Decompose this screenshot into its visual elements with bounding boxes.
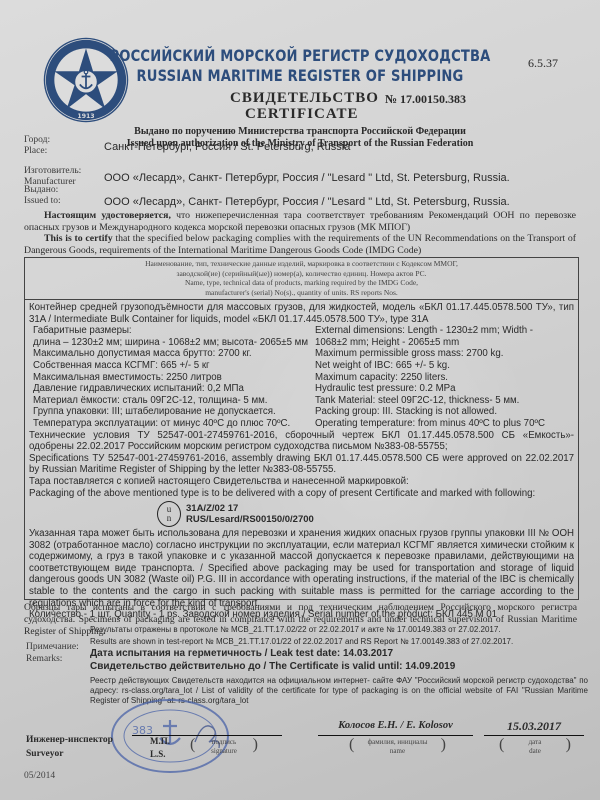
marking-code: 31A/Z/02 17 — [186, 503, 314, 514]
valid-until: Свидетельство действительно до / The Cer… — [90, 661, 585, 672]
remarks-label: Примечание:Remarks: — [26, 641, 79, 665]
spec-table: Габаритные размеры:External dimensions: … — [29, 325, 574, 429]
place-label-ru: Город: — [24, 135, 50, 145]
certify-lead-ru: Настоящим удостоверяется, — [44, 210, 171, 221]
spec-en: Maximum permissible gross mass: 2700 kg. — [315, 348, 574, 360]
place-value: Санкт-Петербург, Россия / St. Petersburg… — [104, 141, 350, 153]
marking-registration: RUS/Lesard/RS00150/0/2700 — [186, 514, 314, 525]
form-code: 6.5.37 — [528, 56, 558, 71]
svg-text:1913: 1913 — [77, 113, 94, 120]
packaging-marking: un 31A/Z/02 17RUS/Lesard/RS00150/0/2700 — [157, 500, 574, 528]
surveyor-name: Колосов Е.Н. / E. Kolosov — [318, 720, 473, 731]
spec-ru: Температура эксплуатации: от минус 40ºC … — [29, 418, 315, 430]
delivery-note-en: Packaging of the above mentioned type is… — [29, 488, 574, 500]
spec-en: Net weight of IBC: 665 +/- 5 kg. — [315, 360, 574, 372]
spec-en: External dimensions: Length - 1230±2 mm;… — [315, 325, 574, 337]
certificate-title-en: CERTIFICATE — [245, 106, 359, 123]
certify-statement-ru: Настоящим удостоверяется, что нижеперечи… — [24, 210, 576, 234]
product-box-header: Наименование, тип, технические данные из… — [25, 258, 578, 300]
spec-en: Tank Material: steel 09Г2С-12, thickness… — [315, 395, 574, 407]
signature-line — [132, 735, 282, 736]
delivery-note-ru: Тара поставляется с копией настоящего Св… — [29, 476, 574, 488]
box-header-line: Name, type, technical data of products, … — [25, 278, 578, 288]
spec-en: Operating temperature: from minus 40ºC t… — [315, 418, 574, 430]
surveyor-role: Инженер-инспекторSurveyor — [26, 733, 113, 761]
spec-row: Собственная масса КСГМГ: 665 +/- 5 кгNet… — [29, 360, 574, 372]
place-label-en: Place: — [24, 146, 47, 156]
certificate-number: № 17.00150.383 — [385, 92, 466, 107]
test-results-en: Results are shown in test-report № MCB_2… — [90, 637, 585, 646]
org-name-en: RUSSIAN MARITIME REGISTER OF SHIPPING — [54, 66, 546, 85]
issued-to-label-en: Issued to: — [24, 196, 61, 206]
date-caption: (датаdate) — [505, 738, 565, 756]
org-name-ru: РОССИЙСКИЙ МОРСКОЙ РЕГИСТР СУДОХОДСТВА — [54, 46, 546, 65]
certify-statement-en: This is to certify that the specified be… — [24, 233, 576, 257]
certify-lead-en: This is to certify — [44, 233, 113, 244]
manufacturer-value: ООО «Лесард», Санкт- Петербург, Россия /… — [104, 172, 510, 184]
product-details-box: Наименование, тип, технические данные из… — [24, 257, 579, 600]
spec-en: 1068±2 mm; Height - 2065±5 mm — [315, 337, 574, 349]
spec-row: Габаритные размеры:External dimensions: … — [29, 325, 574, 337]
spec-ru: Максимальная вместимость: 2250 литров — [29, 372, 315, 384]
spec-row: Максимальная вместимость: 2250 литровMax… — [29, 372, 574, 384]
spec-row: длина – 1230±2 мм; ширина - 1068±2 мм; в… — [29, 337, 574, 349]
spec-ru: Габаритные размеры: — [29, 325, 315, 337]
name-line — [318, 735, 473, 736]
box-header-line: заводской(ие) (серийный(ые)) номер(а), к… — [25, 269, 578, 279]
issued-to-label-ru: Выдано: — [24, 185, 58, 195]
product-box-body: Контейнер средней грузоподъёмности для м… — [25, 300, 578, 623]
signature-caption: (подписьsignature) — [196, 738, 252, 756]
spec-row: Давление гидравлических испытаний: 0,2 М… — [29, 383, 574, 395]
un-packaging-symbol-icon: un — [157, 501, 181, 527]
box-header-line: Наименование, тип, технические данные из… — [25, 259, 578, 269]
manufacturer-label-ru: Изготовитель: — [24, 166, 81, 176]
tech-conditions-ru: Технические условия ТУ 52547-001-2745976… — [29, 430, 574, 453]
spec-row: Материал ёмкости: сталь 09Г2С-12, толщин… — [29, 395, 574, 407]
spec-ru: Максимально допустимая масса брутто: 270… — [29, 348, 315, 360]
test-results-ru: Результаты отражены в протоколе № MCB_21… — [90, 625, 585, 634]
spec-en: Packing group: III. Stacking is not allo… — [315, 406, 574, 418]
spec-ru: длина – 1230±2 мм; ширина - 1068±2 мм; в… — [29, 337, 315, 349]
product-description: Контейнер средней грузоподъёмности для м… — [29, 302, 574, 325]
spec-ru: Собственная масса КСГМГ: 665 +/- 5 кг — [29, 360, 315, 372]
spec-ru: Давление гидравлических испытаний: 0,2 М… — [29, 383, 315, 395]
tech-conditions-en: Specifications ТУ 52547-001-27459761-201… — [29, 453, 574, 476]
certificate-title-ru: СВИДЕТЕЛЬСТВО — [230, 90, 379, 107]
spec-en: Maximum capacity: 2250 liters. — [315, 372, 574, 384]
spec-en: Hydraulic test pressure: 0.2 MPa — [315, 383, 574, 395]
spec-ru: Группа упаковки: III; штабелирование не … — [29, 406, 315, 418]
signature-date: 15.03.2017 — [484, 719, 584, 734]
issued-to-value: ООО «Лесард», Санкт- Петербург, Россия /… — [104, 196, 510, 208]
certificate-page: 1913 РОССИЙСКИЙ МОРСКОЙ РЕГИСТР СУДОХОДС… — [0, 0, 600, 800]
spec-row: Группа упаковки: III; штабелирование не … — [29, 406, 574, 418]
spec-row: Максимально допустимая масса брутто: 270… — [29, 348, 574, 360]
box-header-line: manufacturer's (serial) No(s)., quantity… — [25, 288, 578, 298]
name-caption: (фамилия, инициалыname) — [355, 738, 440, 756]
spec-row: Температура эксплуатации: от минус 40ºC … — [29, 418, 574, 430]
spec-ru: Материал ёмкости: сталь 09Г2С-12, толщин… — [29, 395, 315, 407]
leak-test-date: Дата испытания на герметичность / Leak t… — [90, 648, 585, 659]
seal-place: М.П.L.S. — [150, 735, 170, 761]
usage-conditions: Указанная тара может быть использована д… — [29, 528, 574, 609]
form-version: 05/2014 — [24, 771, 55, 781]
